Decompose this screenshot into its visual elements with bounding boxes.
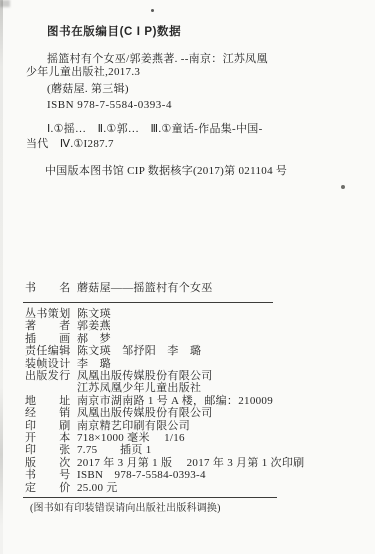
colophon-row-format: 开 本 718×1000 毫米 1/16: [25, 432, 345, 444]
row-label: 责任编辑: [25, 345, 77, 357]
book-copyright-page: 图书在版编目(C I P)数据 摇篮村有个女巫/郭姜燕著. --南京：江苏凤凰 …: [0, 0, 375, 554]
scan-corner-smudge: [0, 0, 10, 7]
colophon-row-illustrator: 插 画 郝 梦: [25, 333, 345, 345]
scan-speck: [341, 185, 345, 189]
cip-record-line-2: 少年儿童出版社,2017.3: [26, 66, 140, 79]
divider-top: [23, 302, 273, 303]
row-value: 2017 年 3 月第 1 版 2017 年 3 月第 1 次印刷: [77, 457, 304, 469]
colophon-row-address: 地 址 南京市湖南路 1 号 A 楼，邮编：210009: [25, 395, 345, 407]
row-value: 凤凰出版传媒股份有限公司: [77, 407, 213, 419]
cip-isbn: ISBN 978-7-5584-0393-4: [47, 99, 172, 112]
row-value: 南京市湖南路 1 号 A 楼，邮编：210009: [77, 395, 273, 407]
colophon-row-distributor: 经 销 凤凰出版传媒股份有限公司: [25, 407, 345, 419]
row-label: 印 张: [25, 444, 77, 456]
colophon-row-series-planner: 丛书策划 陈文瑛: [25, 308, 345, 320]
cip-classification-line-2: 当代 Ⅳ.①I287.7: [26, 138, 114, 151]
cip-heading: 图书在版编目(C I P)数据: [47, 26, 181, 39]
row-value: ISBN 978-7-5584-0393-4: [77, 469, 206, 481]
book-title-value: 蘑菇屋——摇篮村有个女巫: [77, 282, 213, 295]
row-value: 郝 梦: [77, 333, 111, 345]
row-value: 7.75 插页 1: [77, 444, 152, 456]
row-label: 著 者: [25, 320, 77, 332]
row-label: 印 刷: [25, 420, 77, 432]
row-label: 经 销: [25, 407, 77, 419]
row-label: 地 址: [25, 395, 77, 407]
cip-record-number: 中国版本图书馆 CIP 数据核字(2017)第 021104 号: [45, 165, 287, 178]
row-label: 装帧设计: [25, 358, 77, 370]
row-value: 陈文瑛: [77, 308, 111, 320]
row-value: 郭姜燕: [77, 320, 111, 332]
scan-speck: [151, 9, 154, 12]
row-value: 718×1000 毫米 1/16: [77, 432, 185, 444]
colophon-row-printer: 印 刷 南京精艺印刷有限公司: [25, 420, 345, 432]
colophon-row-editors: 责任编辑 陈文瑛 邹抒阳 李 璐: [25, 345, 345, 357]
colophon-rows: 丛书策划 陈文瑛 著 者 郭姜燕 插 画 郝 梦 责任编辑 陈文瑛 邹抒阳 李 …: [25, 308, 345, 494]
divider-bottom: [23, 497, 277, 498]
colophon-row-edition: 版 次 2017 年 3 月第 1 版 2017 年 3 月第 1 次印刷: [25, 457, 345, 469]
row-label: 版 次: [25, 457, 77, 469]
colophon-table: 书 名 蘑菇屋——摇篮村有个女巫 丛书策划 陈文瑛 著 者 郭姜燕 插 画 郝 …: [25, 282, 345, 515]
row-label: 插 画: [25, 333, 77, 345]
cip-classification-line-1: Ⅰ.①摇… Ⅱ.①郭… Ⅲ.①童话-作品集-中国-: [47, 123, 263, 136]
colophon-row-sheets: 印 张 7.75 插页 1: [25, 444, 345, 456]
cip-series-note: (蘑菇屋. 第三辑): [47, 83, 129, 96]
row-value: 南京精艺印刷有限公司: [77, 420, 190, 432]
cip-record-line-1: 摇篮村有个女巫/郭姜燕著. --南京：江苏凤凰: [47, 53, 268, 66]
row-label: 开 本: [25, 432, 77, 444]
colophon-row-publisher: 出版发行 凤凰出版传媒股份有限公司 江苏凤凰少年儿童出版社: [25, 370, 345, 395]
colophon-row-designer: 装帧设计 李 璐: [25, 358, 345, 370]
row-value: 凤凰出版传媒股份有限公司 江苏凤凰少年儿童出版社: [77, 370, 213, 395]
row-label: 丛书策划: [25, 308, 77, 320]
row-label: 定 价: [25, 482, 77, 494]
book-title-label: 书 名: [25, 282, 77, 295]
row-label: 出版发行: [25, 370, 77, 382]
row-label: 书 号: [25, 469, 77, 481]
colophon-row-isbn: 书 号 ISBN 978-7-5584-0393-4: [25, 469, 345, 481]
scan-edge-shadow: [0, 0, 3, 554]
row-value: 陈文瑛 邹抒阳 李 璐: [77, 345, 201, 357]
book-title-row: 书 名 蘑菇屋——摇篮村有个女巫: [25, 282, 345, 295]
colophon-row-price: 定 价 25.00 元: [25, 482, 345, 494]
row-value: 李 璐: [77, 358, 111, 370]
misprint-exchange-note: (图书如有印装错误请向出版社出版科调换): [30, 502, 345, 515]
colophon-row-author: 著 者 郭姜燕: [25, 320, 345, 332]
row-value: 25.00 元: [77, 482, 118, 494]
